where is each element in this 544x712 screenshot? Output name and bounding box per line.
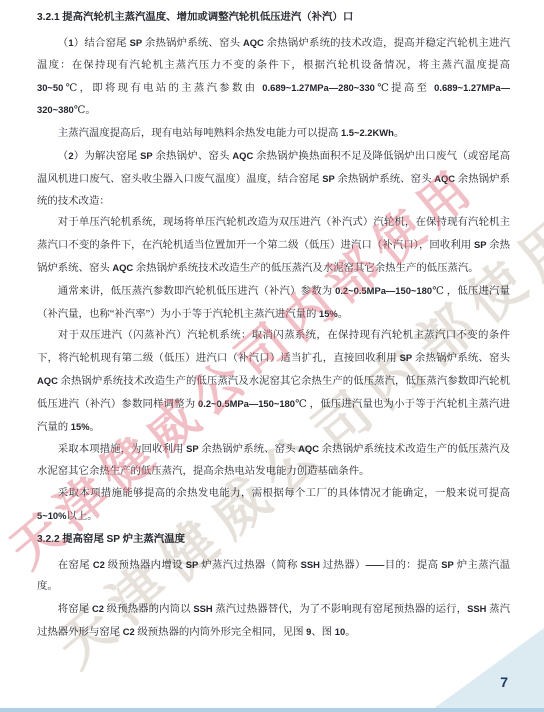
paragraph: 通常来讲，低压蒸汽参数即汽轮机低压进汽（补汽）参数为 0.2~0.5MPa—15…	[37, 280, 510, 326]
paragraph: 对于双压进汽（闪蒸补汽）汽轮机系统：取消闪蒸系统，在保持现有汽轮机主蒸汽口不变的…	[37, 325, 510, 438]
document-body: 3.2.1 提高汽轮机主蒸汽温度、增加或调整汽轮机低压进汽（补汽）口（1）结合窑…	[37, 6, 510, 644]
paragraph: 主蒸汽温度提高后，现有电站每吨熟料余热发电能力可以提高 1.5~2.2KWh。	[37, 122, 510, 145]
paragraph: 在窑尾 C2 级预热器内增设 SP 炉蒸汽过热器（简称 SSH 过热器）——目的…	[37, 554, 510, 599]
document-page: 天津健威公司内部使用 3.2.1 提高汽轮机主蒸汽温度、增加或调整汽轮机低压进汽…	[0, 0, 544, 712]
paragraph: （2）为解决窑尾 SP 余热锅炉、窑头 AQC 余热锅炉换热面积不足及降低锅炉出…	[37, 145, 510, 212]
section-heading: 3.2.2 提高窑尾 SP 炉主蒸汽温度	[37, 529, 510, 551]
section-heading: 3.2.1 提高汽轮机主蒸汽温度、增加或调整汽轮机低压进汽（补汽）口	[37, 7, 510, 29]
paragraph: （1）结合窑尾 SP 余热锅炉系统、窑头 AQC 余热锅炉系统的技术改造，提高并…	[37, 32, 510, 122]
paragraph: 对于单压汽轮机系统，现场将单压汽轮机改造为双压进汽（补汽式）汽轮机，在保持现有汽…	[37, 212, 510, 279]
paragraph: 采取本项措施，为回收利用 SP 余热锅炉系统、窑头 AQC 余热锅炉系统技术改造…	[37, 438, 510, 483]
paragraph: 采取本项措施能够提高的余热发电能力，需根据每个工厂的具体情况才能确定，一般来说可…	[37, 483, 510, 528]
paragraph: 将窑尾 C2 级预热器的内筒以 SSH 蒸汽过热器替代，为了不影响现有窑尾预热器…	[37, 598, 510, 644]
page-number: 7	[500, 674, 508, 690]
footer-bar	[0, 708, 544, 712]
